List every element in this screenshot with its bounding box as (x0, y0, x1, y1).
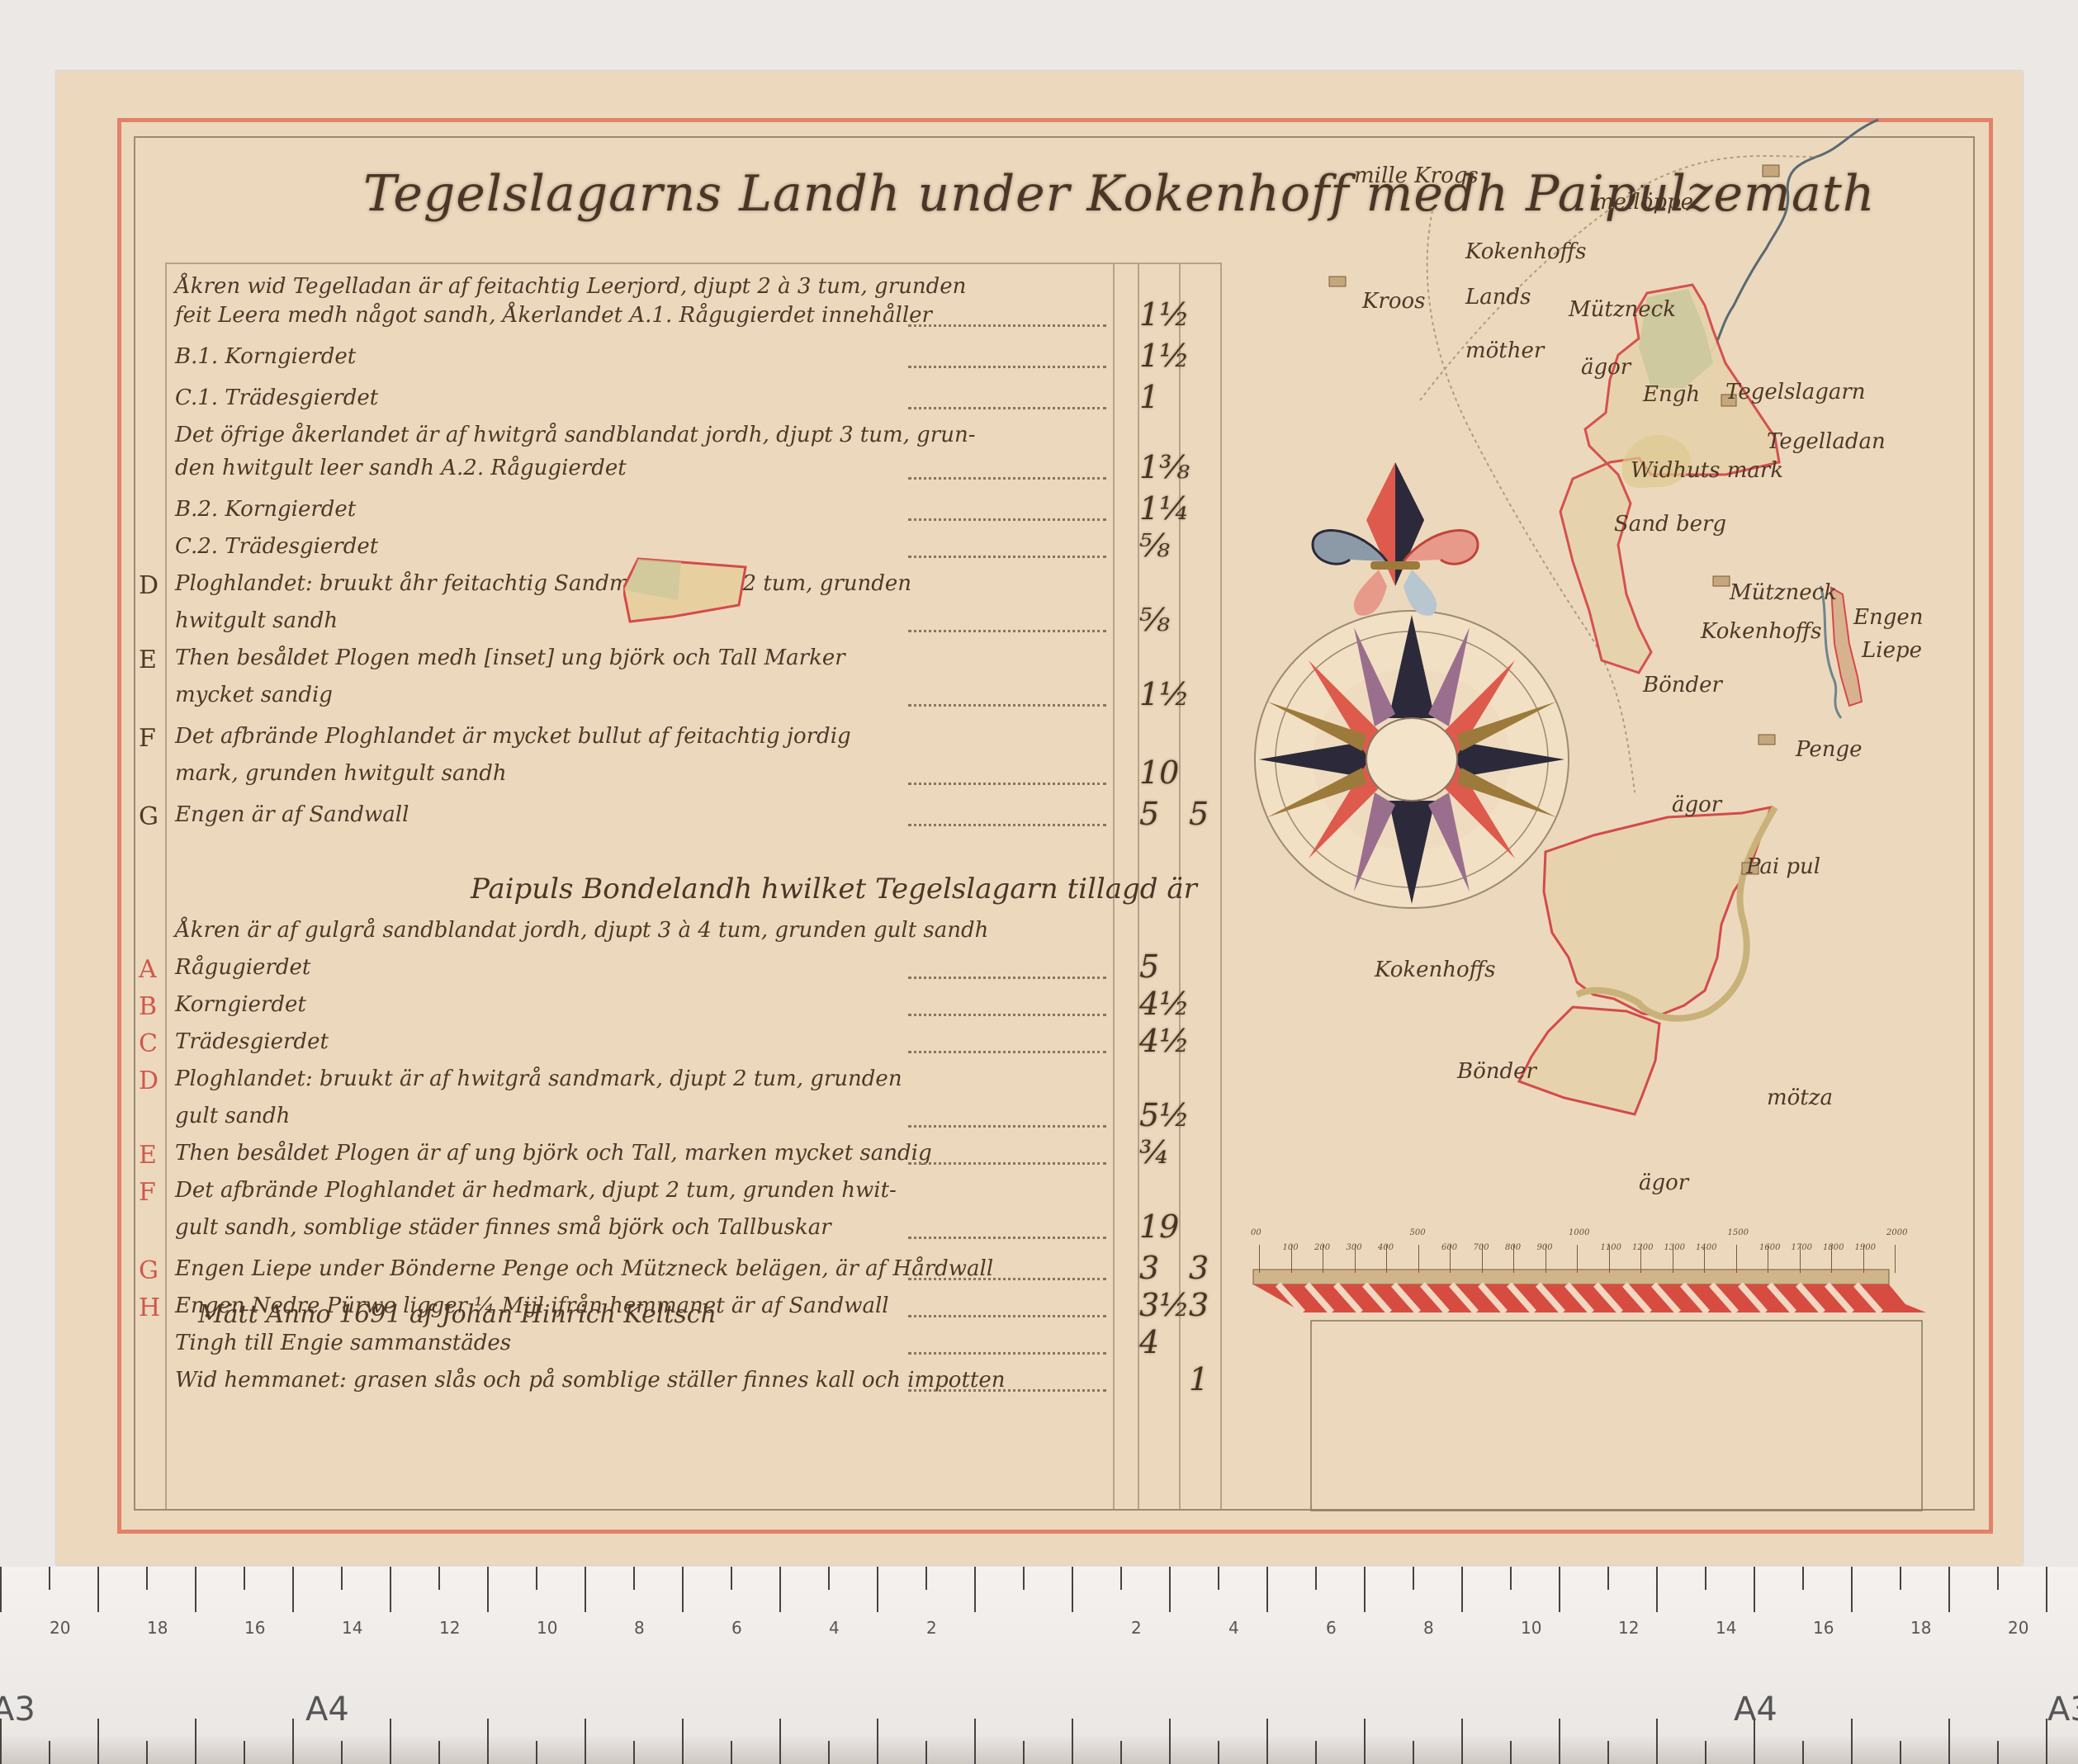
ruler-tick (731, 1741, 732, 1764)
scale-tick-label: 800 (1505, 1243, 1521, 1252)
scale-tick-label: 100 (1283, 1243, 1299, 1252)
scale-tick-label: 1800 (1823, 1243, 1844, 1252)
ruler-tick (1364, 1719, 1366, 1764)
scale-tick-label: 1300 (1664, 1243, 1685, 1252)
place-label: mille Krogs (1354, 163, 1479, 188)
scale-tick-label: 1500 (1728, 1228, 1749, 1237)
ruler-tick (1461, 1567, 1463, 1612)
ruler-tick (682, 1719, 684, 1764)
ruler-tick (1315, 1741, 1317, 1764)
place-label: Penge (1796, 737, 1863, 762)
ruler-tick (536, 1741, 537, 1764)
ruler-tick (1851, 1567, 1853, 1612)
ruler-tick (341, 1741, 343, 1764)
ruler-tick (1656, 1719, 1658, 1764)
scale-tick-label: 1200 (1632, 1243, 1653, 1252)
place-label: Sand berg (1614, 512, 1726, 537)
ruler-tick (341, 1567, 343, 1590)
ruler-number: 4 (1228, 1618, 1239, 1638)
ruler-tick (1559, 1719, 1560, 1764)
ruler-tick (1023, 1741, 1025, 1764)
ruler-tick (1656, 1567, 1658, 1612)
place-label: Mützneck (1730, 580, 1837, 605)
ruler-tick (0, 1567, 2, 1612)
ruler-tick (1559, 1567, 1560, 1612)
scale-tick (1895, 1245, 1896, 1273)
ruler-tick (779, 1719, 781, 1764)
ruler-tick (1266, 1719, 1268, 1764)
ruler-tick (146, 1741, 148, 1764)
place-label: Engen (1853, 605, 1924, 630)
ruler-number: 16 (1813, 1618, 1834, 1638)
scale-tick-label: 1900 (1855, 1243, 1876, 1252)
measuring-ruler: 20181614121086422468101214161820A3A4A4A3 (0, 1567, 2078, 1764)
ruler-tick (1997, 1567, 1999, 1590)
ruler-tick (1754, 1567, 1755, 1612)
parcel-paipul-south (1519, 1007, 1659, 1114)
ruler-paper-size-label: A4 (1734, 1691, 1777, 1729)
ruler-tick (779, 1567, 781, 1612)
ruler-tick (1510, 1741, 1512, 1764)
ruler-tick (244, 1741, 245, 1764)
ruler-tick (828, 1741, 830, 1764)
ruler-tick (974, 1567, 976, 1612)
scale-bar-labels: 0010020030040050060070080090010001100120… (1259, 1238, 1895, 1271)
ruler-tick (390, 1567, 391, 1612)
ruler-tick (633, 1567, 635, 1590)
ruler-tick (1169, 1719, 1171, 1764)
ruler-tick (1218, 1741, 1219, 1764)
scale-tick-label: 900 (1537, 1243, 1553, 1252)
ruler-tick (585, 1567, 586, 1612)
scale-bar (1253, 1270, 1926, 1511)
ruler-tick (1900, 1741, 1901, 1764)
compass-rose-icon (1255, 611, 1569, 908)
ruler-number: 4 (829, 1618, 840, 1638)
ruler-tick (1851, 1719, 1853, 1764)
ruler-tick (1120, 1741, 1122, 1764)
scale-tick (1418, 1245, 1419, 1273)
place-label: ägor (1672, 792, 1721, 817)
ruler-tick (877, 1719, 878, 1764)
ruler-number: 6 (1326, 1618, 1337, 1638)
place-label: Lands (1465, 285, 1531, 310)
ruler-tick (1510, 1567, 1512, 1590)
ruler-tick (292, 1719, 294, 1764)
ruler-tick (1413, 1567, 1414, 1590)
place-label: mellöppe (1593, 190, 1693, 215)
place-label: Widhuts mark (1631, 458, 1783, 483)
ruler-tick (1802, 1567, 1804, 1590)
ruler-tick (97, 1567, 99, 1612)
place-label: ägor (1639, 1170, 1688, 1195)
ruler-tick (1607, 1567, 1609, 1590)
ruler-number: 8 (1423, 1618, 1434, 1638)
scale-tick-label: 1600 (1759, 1243, 1780, 1252)
ruler-tick (1997, 1741, 1999, 1764)
ruler-tick (1705, 1567, 1706, 1590)
place-label: ägor (1581, 355, 1631, 380)
ruler-tick (390, 1719, 391, 1764)
place-label: Tegelladan (1767, 429, 1886, 454)
ruler-tick (1948, 1567, 1950, 1612)
ruler-number: 12 (1618, 1618, 1639, 1638)
ruler-tick (1364, 1567, 1366, 1612)
ruler-number: 6 (731, 1618, 742, 1638)
scale-tick-label: 2000 (1886, 1228, 1907, 1237)
ruler-tick (536, 1567, 537, 1590)
ruler-tick (2046, 1567, 2047, 1612)
ruler-number: 2 (926, 1618, 937, 1638)
place-label: Mützneck (1569, 297, 1676, 322)
ruler-tick (1461, 1719, 1463, 1764)
scale-tick-label: 600 (1441, 1243, 1457, 1252)
place-label: Pai pul (1746, 854, 1820, 879)
place-label: mötza (1767, 1085, 1833, 1110)
ruler-number: 20 (50, 1618, 70, 1638)
ruler-tick (1900, 1567, 1901, 1590)
ruler-number: 8 (634, 1618, 645, 1638)
scale-tick-label: 200 (1314, 1243, 1330, 1252)
scale-tick-label: 1100 (1601, 1243, 1621, 1252)
place-label: Tegelslagarn (1725, 380, 1866, 404)
ruler-tick (146, 1567, 148, 1590)
scale-tick-label: 400 (1378, 1243, 1394, 1252)
ruler-number: 2 (1131, 1618, 1142, 1638)
ruler-tick (925, 1567, 927, 1590)
place-label: Liepe (1862, 638, 1922, 663)
ruler-tick (925, 1741, 927, 1764)
fleur-de-lis-icon (1313, 462, 1478, 616)
ruler-tick (1072, 1719, 1073, 1764)
river-icon (1701, 120, 1878, 363)
ruler-tick (877, 1567, 878, 1612)
scale-tick (1736, 1245, 1737, 1273)
ruler-tick (1802, 1741, 1804, 1764)
ruler-tick (1266, 1567, 1268, 1612)
ruler-tick (585, 1719, 586, 1764)
ruler-tick (1120, 1567, 1122, 1590)
ruler-number: 10 (537, 1618, 557, 1638)
ruler-tick (1948, 1719, 1950, 1764)
place-label: Bönder (1643, 673, 1722, 698)
ruler-tick (1218, 1567, 1219, 1590)
ruler-tick (1072, 1567, 1073, 1612)
map-drawing (0, 0, 2078, 1568)
ruler-tick (1315, 1567, 1317, 1590)
place-label: Bönder (1457, 1059, 1536, 1084)
ruler-tick (292, 1567, 294, 1612)
ruler-number: 18 (1910, 1618, 1931, 1638)
place-label: Engh (1643, 382, 1700, 407)
ruler-tick (1169, 1567, 1171, 1612)
ruler-tick (49, 1741, 50, 1764)
scale-tick-label: 700 (1474, 1243, 1489, 1252)
ruler-tick (195, 1719, 196, 1764)
ruler-paper-size-label: A3 (0, 1691, 36, 1729)
scale-tick (1577, 1245, 1578, 1273)
ruler-number: 14 (1716, 1618, 1736, 1638)
ruler-tick (1607, 1741, 1609, 1764)
ruler-paper-size-label: A4 (305, 1691, 349, 1729)
scale-tick-label: 1400 (1696, 1243, 1716, 1252)
place-label: Kroos (1362, 289, 1426, 314)
ruler-number: 12 (439, 1618, 460, 1638)
ruler-tick (438, 1741, 440, 1764)
ruler-tick (1413, 1741, 1414, 1764)
ruler-tick (633, 1741, 635, 1764)
place-label: Kokenhoffs (1375, 958, 1495, 982)
scale-tick-label: 500 (1410, 1228, 1426, 1237)
scale-tick-label: 300 (1347, 1243, 1362, 1252)
ruler-number: 14 (342, 1618, 362, 1638)
scale-tick-label: 1700 (1792, 1243, 1812, 1252)
ruler-tick (487, 1567, 489, 1612)
scale-tick-label: 00 (1251, 1228, 1261, 1237)
place-label: Kokenhoffs (1465, 239, 1586, 264)
scale-tick-label: 1000 (1569, 1228, 1589, 1237)
ruler-number: 20 (2008, 1618, 2028, 1638)
place-label: Kokenhoffs (1701, 619, 1821, 644)
ruler-number: 10 (1521, 1618, 1541, 1638)
ruler-number: 18 (147, 1618, 168, 1638)
place-label: möther (1465, 338, 1544, 363)
ruler-tick (974, 1719, 976, 1764)
ruler-tick (1023, 1567, 1025, 1590)
ruler-tick (487, 1719, 489, 1764)
ruler-paper-size-label: A3 (2047, 1691, 2078, 1729)
scale-tick (1259, 1245, 1260, 1273)
ruler-tick (731, 1567, 732, 1590)
ruler-tick (438, 1567, 440, 1590)
ruler-tick (244, 1567, 245, 1590)
ruler-tick (195, 1567, 196, 1612)
ruler-tick (1705, 1741, 1706, 1764)
ruler-tick (682, 1567, 684, 1612)
ruler-number: 16 (244, 1618, 265, 1638)
ruler-tick (97, 1719, 99, 1764)
ruler-tick (49, 1567, 50, 1590)
ruler-tick (828, 1567, 830, 1590)
